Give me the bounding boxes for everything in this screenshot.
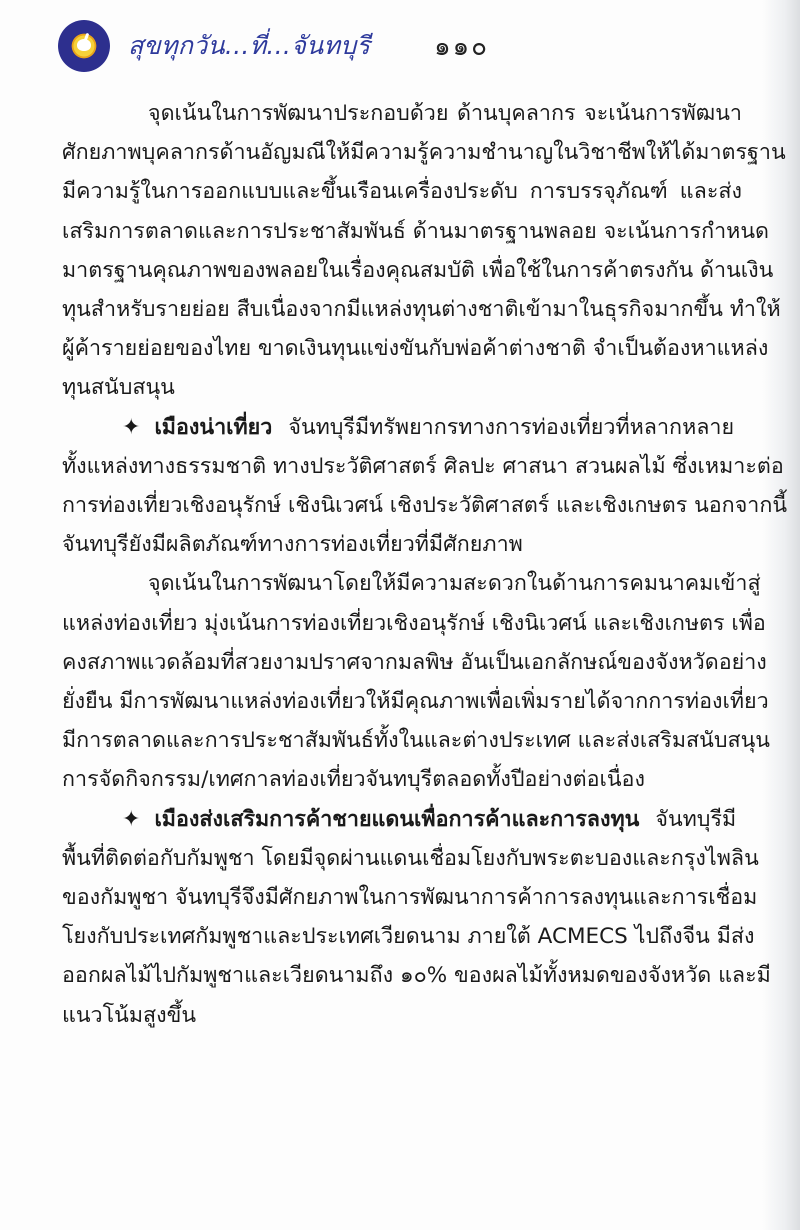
text-line: ยั่งยืน มีการพัฒนาแหล่งท่องเที่ยวให้มีคุ…	[62, 682, 742, 721]
text-line: เสริมการตลาดและการประชาสัมพันธ์ ด้านมาตร…	[62, 212, 742, 251]
text-line: ผู้ค้ารายย่อยของไทย ขาดเงินทุนแข่งขันกับ…	[62, 329, 742, 368]
four-point-star-icon: ✦	[122, 800, 140, 839]
bullet-heading-line: ✦ เมืองน่าเที่ยว จันทบุรีมีทรัพยากรทางกา…	[62, 408, 742, 447]
text-line: พื้นที่ติดต่อกับกัมพูชา โดยมีจุดผ่านแดนเ…	[62, 839, 742, 878]
text-line: แหล่งท่องเที่ยว มุ่งเน้นการท่องเที่ยวเชิ…	[62, 604, 742, 643]
section-heading: เมืองน่าเที่ยว	[154, 408, 272, 447]
text-line: มีความรู้ในการออกแบบและขึ้นเรือนเครื่องป…	[62, 172, 742, 211]
page-edge-shadow	[762, 0, 800, 1230]
text-line: ทุนสนับสนุน	[62, 368, 742, 407]
text-line: ศักยภาพบุคลากรด้านอัญมณีให้มีความรู้ความ…	[62, 133, 742, 172]
page-number: ๑๑๐	[434, 26, 489, 67]
text-line: มาตรฐานคุณภาพของพลอยในเรื่องคุณสมบัติ เพ…	[62, 251, 742, 290]
text-line: จันทบุรียังมีผลิตภัณฑ์ทางการท่องเที่ยวที…	[62, 525, 742, 564]
text-line: คงสภาพแวดล้อมที่สวยงามปราศจากมลพิษ อันเป…	[62, 643, 742, 682]
emblem-logo-icon	[58, 20, 110, 72]
text-line: การจัดกิจกรรม/เทศกาลท่องเที่ยวจันทบุรีตล…	[62, 760, 742, 799]
section-heading: เมืองส่งเสริมการค้าชายแดนเพื่อการค้าและก…	[154, 800, 639, 839]
document-body: จุดเน้นในการพัฒนาประกอบด้วย ด้านบุคลากร …	[62, 94, 742, 1035]
text-line: จุดเน้นในการพัฒนาโดยให้มีความสะดวกในด้าน…	[62, 564, 742, 603]
text-line: ออกผลไม้ไปกัมพูชาและเวียดนามถึง ๑๐% ของผ…	[62, 956, 742, 995]
text-line: จุดเน้นในการพัฒนาประกอบด้วย ด้านบุคลากร …	[62, 94, 742, 133]
text-line: ทุนสำหรับรายย่อย สืบเนื่องจากมีแหล่งทุนต…	[62, 290, 742, 329]
bullet-heading-line: ✦ เมืองส่งเสริมการค้าชายแดนเพื่อการค้าแล…	[62, 800, 742, 839]
text-line: แนวโน้มสูงขึ้น	[62, 996, 742, 1035]
four-point-star-icon: ✦	[122, 408, 140, 447]
text-line: ทั้งแหล่งทางธรรมชาติ ทางประวัติศาสตร์ ศิ…	[62, 447, 742, 486]
page-header: สุขทุกวัน...ที่...จันทบุรี ๑๑๐	[58, 18, 489, 74]
rabbit-icon	[77, 39, 91, 51]
text-line: การท่องเที่ยวเชิงอนุรักษ์ เชิงนิเวศน์ เช…	[62, 486, 742, 525]
series-title: สุขทุกวัน...ที่...จันทบุรี	[128, 26, 370, 66]
text-line: มีการตลาดและการประชาสัมพันธ์ทั้งในและต่า…	[62, 721, 742, 760]
text-line: โยงกับประเทศกัมพูชาและประเทศเวียดนาม ภาย…	[62, 917, 742, 956]
text-line: ของกัมพูชา จันทบุรีจึงมีศักยภาพในการพัฒน…	[62, 878, 742, 917]
